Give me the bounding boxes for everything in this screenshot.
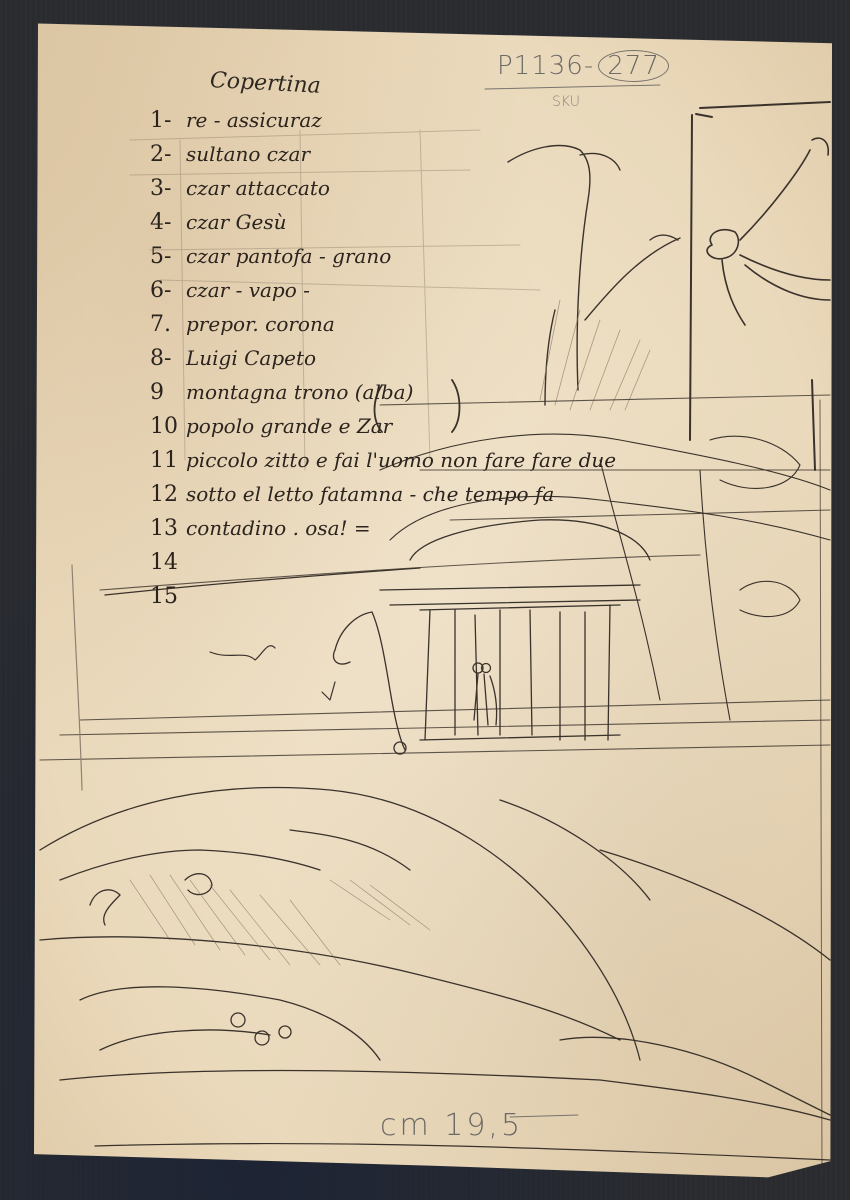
list-item: 1-re - assicuraz: [150, 108, 616, 142]
figure-shading: [130, 875, 430, 965]
list-item: 5-czar pantofa - grano: [150, 244, 616, 278]
reclining-figure: [40, 788, 830, 1121]
archive-reference: P1136-277: [497, 50, 669, 82]
horse-head: [333, 612, 406, 754]
list-item: 6-czar - vapo -: [150, 278, 616, 312]
list-item: 3-czar attaccato: [150, 176, 616, 210]
list-item: 11piccolo zitto e fai l'uomo non fare fa…: [150, 448, 616, 482]
sku-mark: SKU: [552, 94, 580, 110]
list-item: 15: [150, 584, 616, 618]
list-item: 8-Luigi Capeto: [150, 346, 616, 380]
bottom-line: [95, 1144, 830, 1160]
ref-underline: [485, 85, 660, 89]
circled-number: 277: [598, 50, 669, 82]
list-item: 7.prepor. corona: [150, 312, 616, 346]
list-item: 9montagna trono (alba): [150, 380, 616, 414]
list-item: 4-czar Gesù: [150, 210, 616, 244]
small-scribble: [210, 646, 335, 700]
temple-figures: [473, 663, 497, 725]
list-item: 10popolo grande e Zar: [150, 414, 616, 448]
list-item: 14: [150, 550, 616, 584]
hanging-figure: [707, 138, 830, 325]
right-vertical-line: [820, 400, 822, 1180]
numbered-list: 1-re - assicuraz 2-sultano czar 3-czar a…: [150, 108, 616, 618]
measurement-note: cm 19,5: [380, 1108, 523, 1143]
left-margin-stroke: [72, 565, 82, 790]
list-item: 12sotto el letto fatamna - che tempo fa: [150, 482, 616, 516]
framed-panel: [690, 102, 830, 470]
list-item: 13contadino . osa! =: [150, 516, 616, 550]
list-item: 2-sultano czar: [150, 142, 616, 176]
